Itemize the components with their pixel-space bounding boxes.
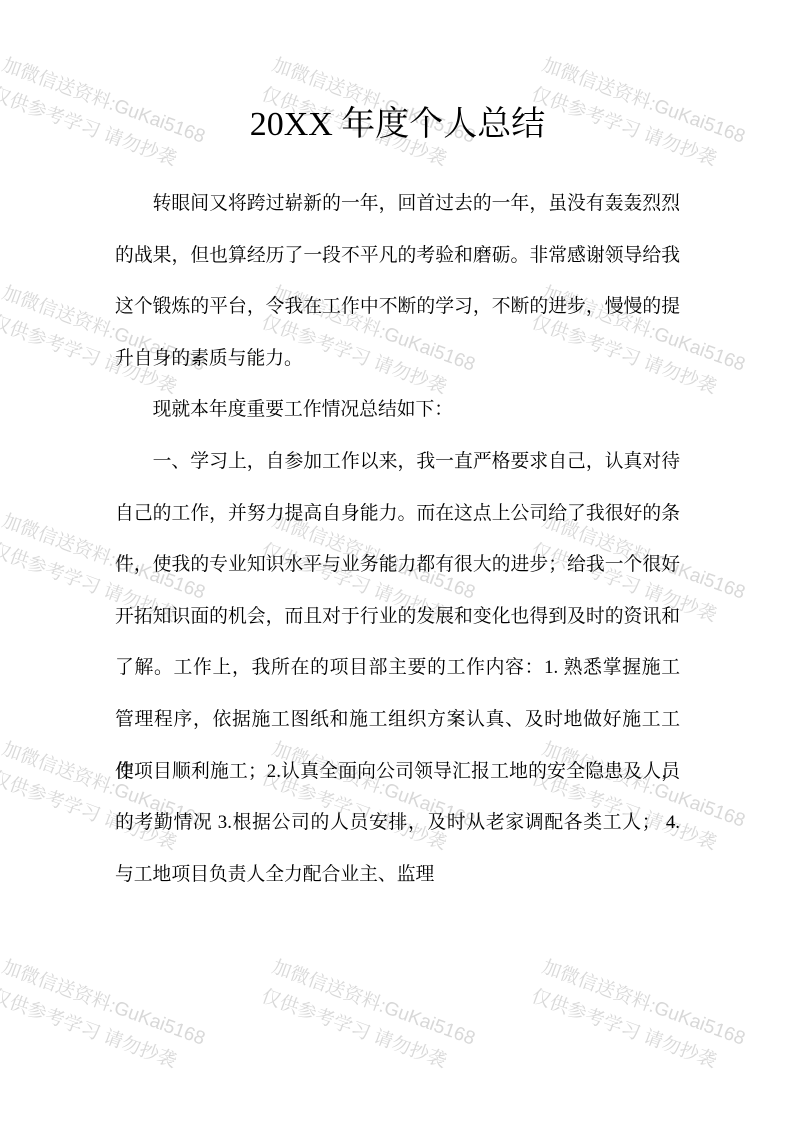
watermark-text-line2: 仅供参考学习 请勿抄袭	[0, 981, 199, 1083]
paragraph-line: 一、学习上，自参加工作以来，我一直严格要求自己，认真对待	[115, 436, 680, 488]
watermark-text-line1: 加微信送资料:GuKai5168	[267, 952, 479, 1054]
paragraph-line: 与工地项目负责人全力配合业主、监理	[115, 849, 680, 901]
paragraph-line: 了解。工作上，我所在的项目部主要的工作内容：1. 熟悉掌握施工	[115, 642, 680, 694]
watermark: 加微信送资料:GuKai5168仅供参考学习 请勿抄袭	[527, 952, 750, 1084]
paragraph-line: 的战果，但也算经历了一段不平凡的考验和磨砺。非常感谢领导给我	[115, 230, 680, 282]
watermark: 加微信送资料:GuKai5168仅供参考学习 请勿抄袭	[257, 952, 480, 1084]
document-title: 20XX 年度个人总结	[115, 100, 680, 150]
watermark-text-line1: 加微信送资料:GuKai5168	[0, 952, 209, 1054]
paragraph-line: 使项目顺利施工；2.认真全面向公司领导汇报工地的安全隐患及人员	[115, 746, 680, 798]
watermark-text-line1: 加微信送资料:GuKai5168	[537, 952, 749, 1054]
paragraph-line: 转眼间又将跨过崭新的一年，回首过去的一年，虽没有轰轰烈烈	[115, 178, 680, 230]
paragraph-line: 这个锻炼的平台，令我在工作中不断的学习，不断的进步，慢慢的提	[115, 281, 680, 333]
watermark: 加微信送资料:GuKai5168仅供参考学习 请勿抄袭	[0, 952, 209, 1084]
watermark-text-line2: 仅供参考学习 请勿抄袭	[527, 981, 739, 1083]
paragraph-line: 现就本年度重要工作情况总结如下：	[115, 384, 680, 436]
document-body: 转眼间又将跨过崭新的一年，回首过去的一年，虽没有轰轰烈烈的战果，但也算经历了一段…	[115, 178, 680, 900]
watermark-text-line2: 仅供参考学习 请勿抄袭	[257, 981, 469, 1083]
paragraph-line: 升自身的素质与能力。	[115, 333, 680, 385]
document-content: 20XX 年度个人总结 转眼间又将跨过崭新的一年，回首过去的一年，虽没有轰轰烈烈…	[115, 0, 680, 900]
paragraph-line: 的考勤情况 3.根据公司的人员安排，及时从老家调配各类工人； 4.	[115, 797, 680, 849]
paragraph-line: 开拓知识面的机会，而且对于行业的发展和变化也得到及时的资讯和	[115, 591, 680, 643]
paragraph-line: 件，使我的专业知识水平与业务能力都有很大的进步；给我一个很好	[115, 539, 680, 591]
document-page: 加微信送资料:GuKai5168仅供参考学习 请勿抄袭加微信送资料:GuKai5…	[0, 0, 793, 1122]
paragraph-line: 自己的工作，并努力提高自身能力。而在这点上公司给了我很好的条	[115, 488, 680, 540]
paragraph-line: 管理程序，依据施工图纸和施工组织方案认真、及时地做好施工工作，	[115, 694, 680, 746]
